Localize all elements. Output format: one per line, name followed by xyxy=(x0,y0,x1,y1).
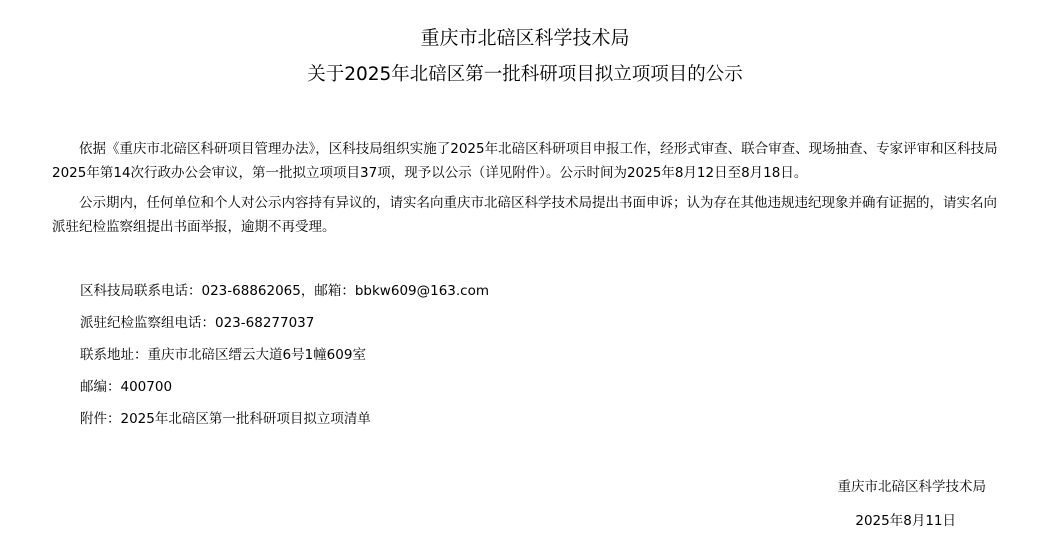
paragraph-project-overview: 依据《重庆市北碚区科研项目管理办法》，区科技局组织实施了2025年北碚区科研项目… xyxy=(52,137,998,185)
contact-address: 联系地址：重庆市北碚区缙云大道6号1幢609室 xyxy=(52,343,998,367)
attachment-line: 附件：2025年北碚区第一批科研项目拟立项清单 xyxy=(52,407,998,431)
contact-discipline-inspection-phone: 派驻纪检监察组电话：023-68277037 xyxy=(52,311,998,335)
paragraph-objection-notice: 公示期内，任何单位和个人对公示内容持有异议的，请实名向重庆市北碚区科学技术局提出… xyxy=(52,191,998,239)
contact-info-block: 区科技局联系电话：023-68862065，邮箱：bbkw609@163.com… xyxy=(52,279,998,431)
contact-bureau-phone-email: 区科技局联系电话：023-68862065，邮箱：bbkw609@163.com xyxy=(52,279,998,303)
signature-date: 2025年8月11日 xyxy=(52,509,998,533)
announcement-page: 重庆市北碚区科学技术局 关于2025年北碚区第一批科研项目拟立项项目的公示 依据… xyxy=(0,0,1043,544)
page-subtitle: 关于2025年北碚区第一批科研项目拟立项项目的公示 xyxy=(52,63,998,87)
page-title: 重庆市北碚区科学技术局 xyxy=(52,26,998,50)
contact-postal-code: 邮编：400700 xyxy=(52,375,998,399)
announcement-body: 依据《重庆市北碚区科研项目管理办法》，区科技局组织实施了2025年北碚区科研项目… xyxy=(52,137,998,239)
signature-agency: 重庆市北碚区科学技术局 xyxy=(52,475,998,499)
signature-block: 重庆市北碚区科学技术局 2025年8月11日 xyxy=(52,475,998,533)
